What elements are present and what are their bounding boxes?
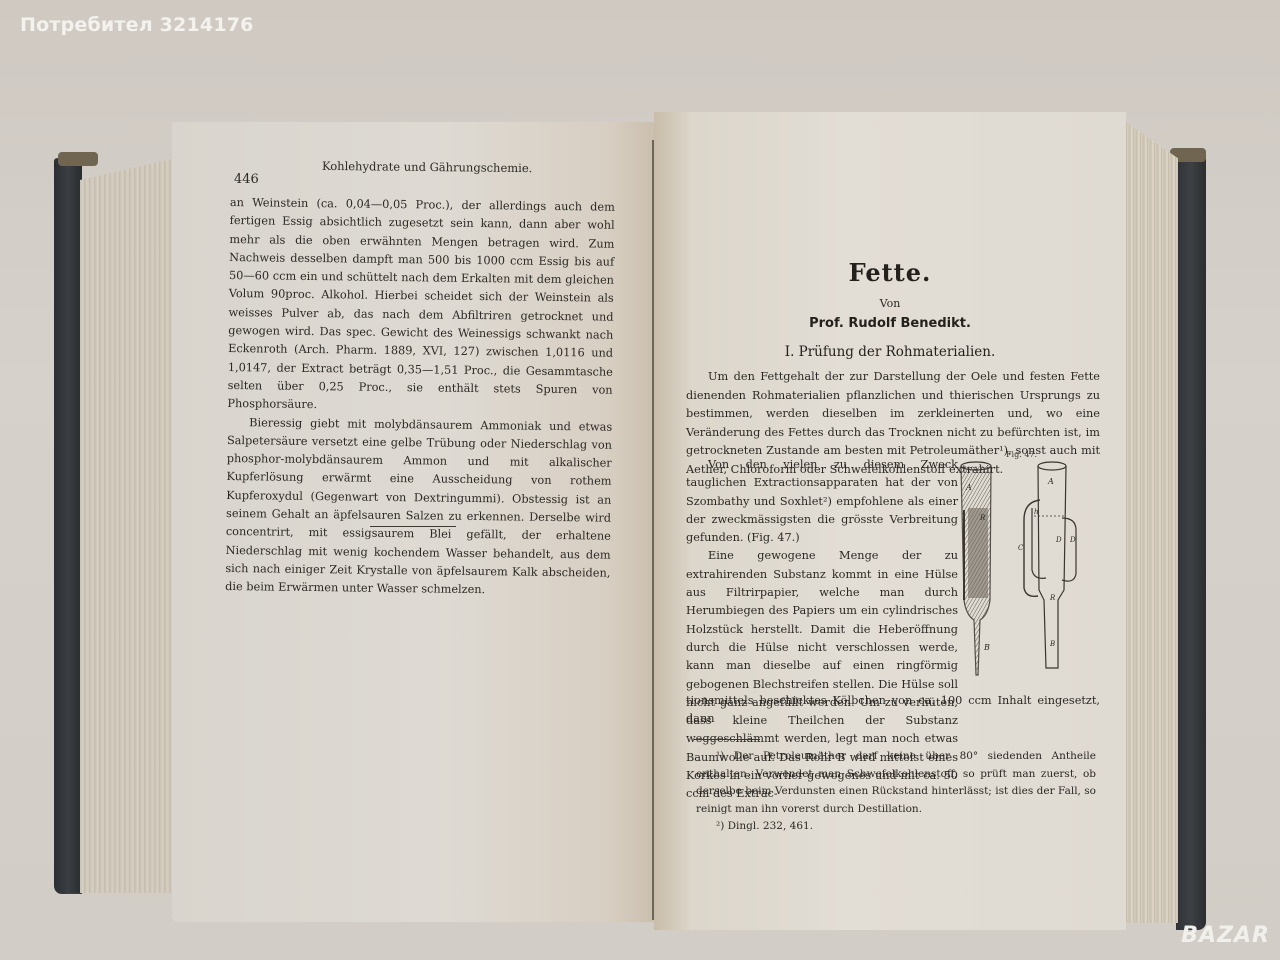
svg-text:B: B bbox=[983, 643, 990, 652]
svg-text:C: C bbox=[1018, 544, 1024, 552]
page-stack-left bbox=[80, 158, 176, 893]
left-page-body: an Weinstein (ca. 0,04—0,05 Proc.), der … bbox=[225, 194, 615, 601]
bazar-logo: BAZAR bbox=[1181, 923, 1270, 948]
svg-text:R: R bbox=[1049, 594, 1056, 602]
paragraph: an Weinstein (ca. 0,04—0,05 Proc.), der … bbox=[227, 194, 615, 418]
figure-caption: Fig. 47. bbox=[1006, 450, 1037, 459]
svg-text:A: A bbox=[965, 483, 972, 492]
page-stack-right bbox=[1120, 118, 1178, 923]
svg-text:D: D bbox=[1069, 536, 1076, 544]
left-page: 446 Kohlehydrate und Gährungschemie. an … bbox=[172, 122, 654, 922]
book-cover-right bbox=[1176, 150, 1206, 930]
chapter-title: Fette. bbox=[654, 258, 1126, 287]
figure-soxhlet-extractor: Fig. 47. A R B A h C D bbox=[954, 450, 1094, 700]
paragraph: Bieressig giebt mit molybdänsaurem Ammon… bbox=[225, 414, 612, 602]
svg-text:R: R bbox=[979, 514, 986, 522]
running-head: Kohlehydrate und Gährungschemie. bbox=[322, 159, 532, 175]
svg-text:B: B bbox=[1049, 640, 1055, 648]
svg-text:A: A bbox=[1047, 477, 1054, 486]
right-page: Fette. Von Prof. Rudolf Benedikt. I. Prü… bbox=[654, 112, 1126, 930]
book-cover-left bbox=[54, 158, 82, 894]
cover-cap-left bbox=[58, 152, 98, 166]
footnote-2: ²) Dingl. 232, 461. bbox=[696, 818, 1096, 836]
footnote-rule bbox=[694, 739, 760, 740]
page-number: 446 bbox=[234, 172, 259, 187]
svg-text:D: D bbox=[1055, 536, 1062, 544]
svg-text:h: h bbox=[1034, 508, 1039, 516]
soxhlet-apparatus-illustration: A R B A h C D D R B bbox=[954, 450, 1094, 700]
footnotes: ¹) Der Petroleumäther darf keine über 80… bbox=[696, 748, 1096, 836]
by-label: Von bbox=[654, 297, 1126, 310]
author-name: Prof. Rudolf Benedikt. bbox=[654, 316, 1126, 331]
section-end-rule bbox=[370, 526, 456, 527]
footnote-1: ¹) Der Petroleumäther darf keine über 80… bbox=[696, 748, 1096, 818]
watermark-user-label: Потребител 3214176 bbox=[20, 14, 254, 36]
section-heading: I. Prüfung der Rohmaterialien. bbox=[654, 344, 1126, 360]
paragraph: Von den vielen zu diesem Zweck taugliche… bbox=[686, 456, 958, 547]
